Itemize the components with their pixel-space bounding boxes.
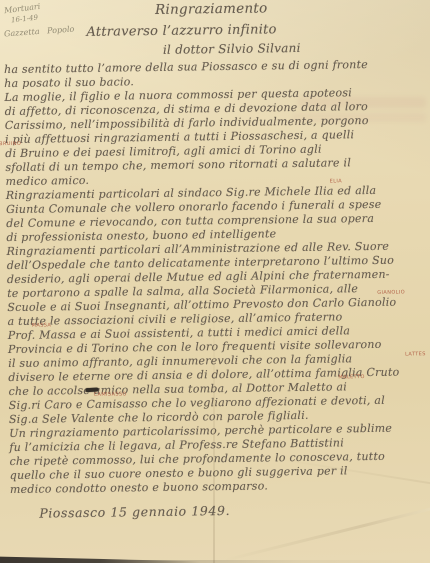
margin-annotation-maletto: MALETTO bbox=[338, 374, 365, 380]
letter-title: Ringraziamento bbox=[0, 0, 426, 20]
margin-annotation-massa: MASSA bbox=[32, 322, 52, 328]
letter-page: Mortuari 16-1-49 Gazzetta Popolo Ringraz… bbox=[0, 0, 430, 563]
margin-annotation-gianolio: GIANOLIO bbox=[377, 289, 405, 295]
margin-annotation-elia: ELIA bbox=[330, 178, 343, 184]
handwritten-content: Ringraziamento Attraverso l’azzurro infi… bbox=[0, 0, 430, 563]
margin-annotation-camisasso: CAMISASSO bbox=[94, 391, 127, 397]
margin-annotation-bruino: BRUINO bbox=[0, 141, 21, 147]
letter-dateline: Piossasco 15 gennaio 1949. bbox=[39, 503, 230, 521]
margin-annotation-lattes: LATTES bbox=[405, 351, 426, 357]
letter-subtitle-deceased-name: il dottor Silvio Silvani bbox=[37, 39, 427, 58]
letter-subtitle-epigraph: Attraverso l’azzurro infinito bbox=[0, 21, 367, 41]
letter-body: ha sentito tutto l’amore della sua Pioss… bbox=[4, 57, 430, 497]
